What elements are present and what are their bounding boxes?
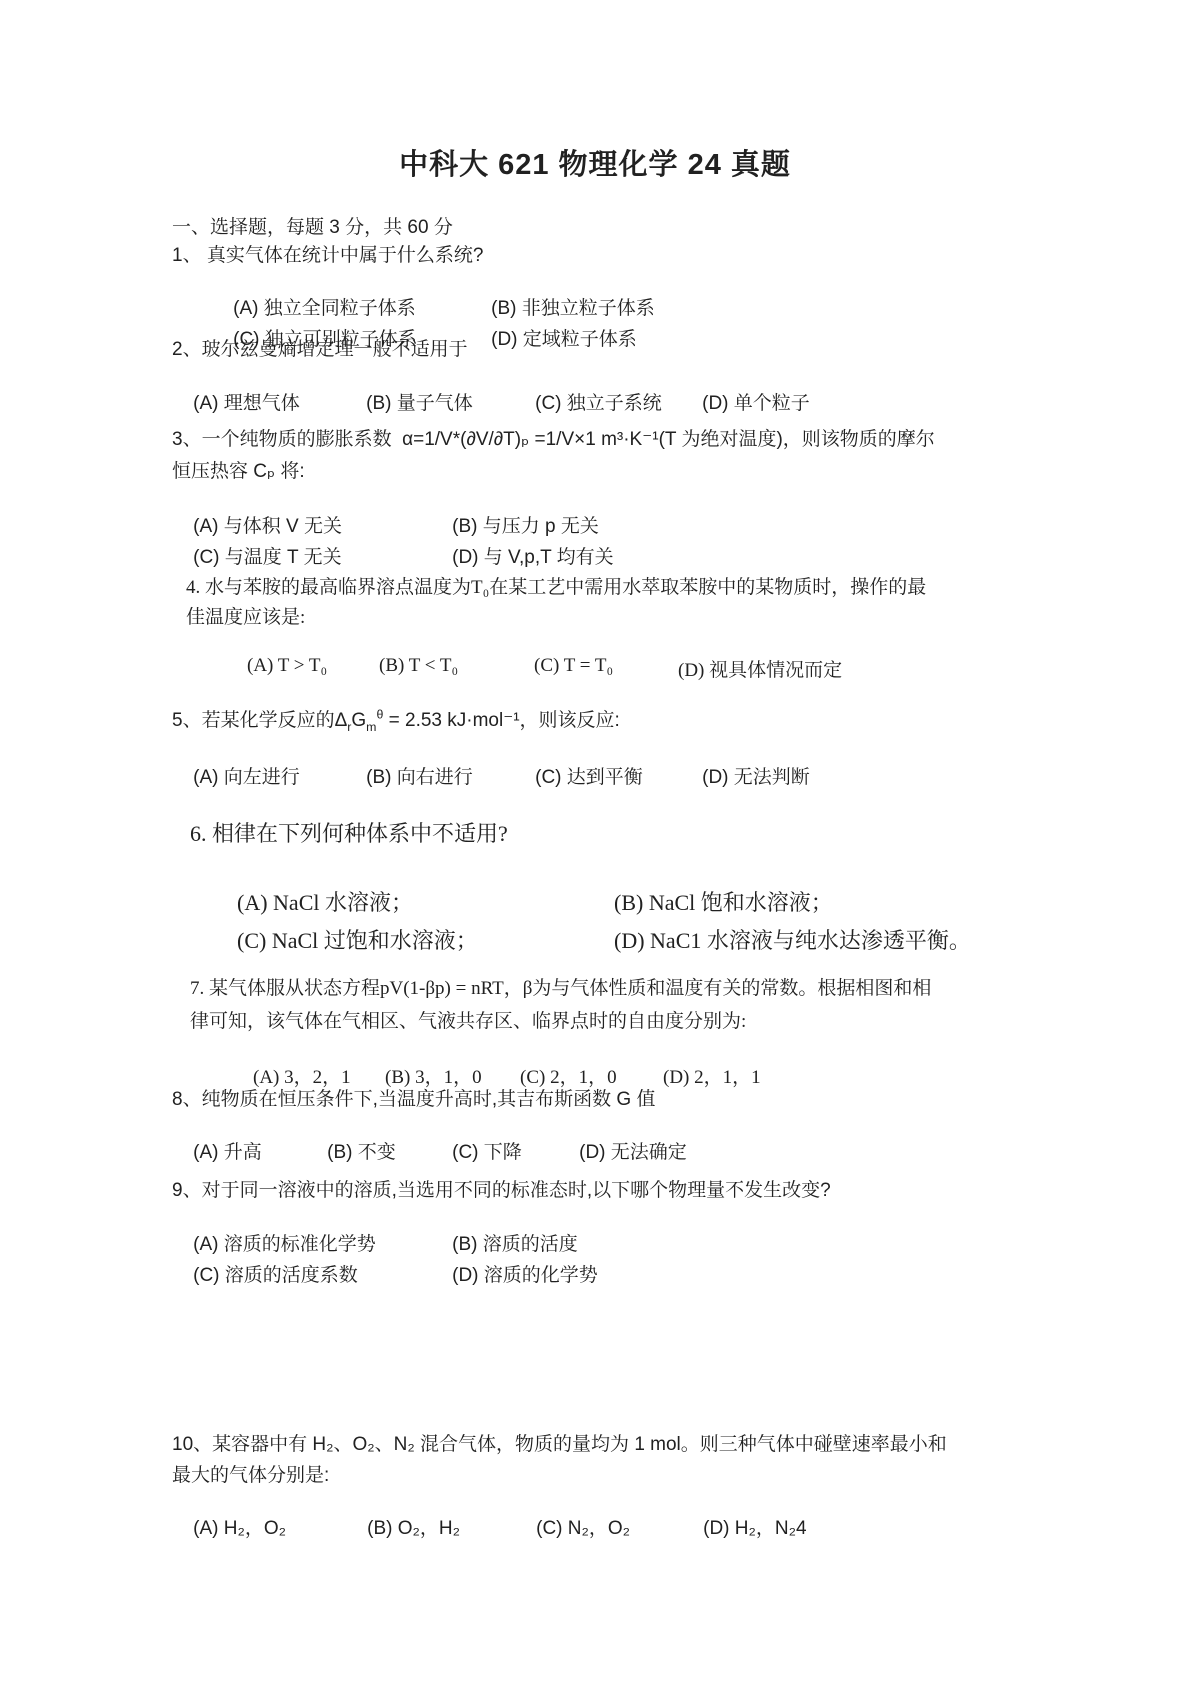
- question-2-text: 2、玻尔兹曼熵增定理一般不适用于: [172, 334, 468, 361]
- question-4-options-row: (A) T > T₀(B) T < T₀(C) T = T₀(D) 视具体情况而…: [228, 633, 842, 704]
- question-5-option-a: (A) 向左进行: [193, 762, 366, 789]
- question-3-text-line-1: 3、一个纯物质的膨胀系数 α=1/V*(∂V/∂T)ₚ =1/V×1 m³·K⁻…: [172, 424, 935, 451]
- question-7-option-d: (D) 2，1，1: [663, 1062, 761, 1089]
- question-9-text: 9、对于同一溶液中的溶质,当选用不同的标准态时,以下哪个物理量不发生改变?: [172, 1175, 831, 1202]
- question-8-option-d: (D) 无法确定: [579, 1137, 687, 1164]
- question-5-option-b: (B) 向右进行: [366, 762, 535, 789]
- question-1-option-d: (D) 定域粒子体系: [491, 324, 637, 351]
- question-1-text: 1、 真实气体在统计中属于什么系统?: [172, 240, 483, 267]
- question-10-options-row: (A) H₂，O₂(B) O₂，H₂(C) N₂，O₂(D) H₂，N₂4: [172, 1491, 807, 1562]
- question-4-option-a: (A) T > T₀: [247, 655, 379, 677]
- exam-page: 中科大 621 物理化学 24 真题 一、选择题，每题 3 分，共 60 分 1…: [0, 0, 1190, 1683]
- exam-title: 中科大 621 物理化学 24 真题: [0, 142, 1190, 183]
- question-10-option-c: (C) N₂，O₂: [536, 1513, 703, 1540]
- question-4-text-line-1: 4. 水与苯胺的最高临界溶点温度为T₀在某工艺中需用水萃取苯胺中的某物质时，操作…: [186, 572, 926, 599]
- question-3-text-line-2: 恒压热容 Cₚ 将:: [172, 456, 305, 483]
- question-2-option-d: (D) 单个粒子: [702, 388, 810, 415]
- question-5-option-d: (D) 无法判断: [702, 762, 810, 789]
- question-2-option-b: (B) 量子气体: [366, 388, 535, 415]
- question-6-options-row-2: (C) NaCl 过饱和水溶液；(D) NaC1 水溶液与纯水达渗透平衡。: [215, 898, 971, 981]
- question-5-text-pre: 5、若某化学反应的Δ: [172, 710, 347, 731]
- question-5-text-post: = 2.53 kJ·mol⁻¹，则该反应:: [383, 710, 620, 731]
- question-10-option-d: (D) H₂，N₂4: [703, 1513, 806, 1540]
- question-4-option-b: (B) T < T₀: [379, 655, 534, 677]
- question-8-option-c: (C) 下降: [452, 1137, 579, 1164]
- question-8-option-b: (B) 不变: [327, 1137, 452, 1164]
- question-10-option-a: (A) H₂，O₂: [193, 1513, 367, 1540]
- question-6-option-d: (D) NaC1 水溶液与纯水达渗透平衡。: [614, 924, 971, 955]
- question-4-text-line-2: 佳温度应该是:: [186, 602, 305, 629]
- question-5-option-c: (C) 达到平衡: [535, 762, 702, 789]
- question-6-text: 6. 相律在下列何种体系中不适用?: [190, 817, 508, 848]
- question-6-option-c: (C) NaCl 过饱和水溶液；: [237, 924, 614, 955]
- question-7-text-line-2: 律可知，该气体在气相区、气液共存区、临界点时的自由度分别为:: [190, 1006, 746, 1033]
- question-10-option-b: (B) O₂，H₂: [367, 1513, 536, 1540]
- question-3-option-d: (D) 与 V,p,T 均有关: [452, 542, 614, 569]
- question-3-option-c: (C) 与温度 T 无关: [193, 542, 452, 569]
- question-5-text: 5、若某化学反应的ΔrGmθ = 2.53 kJ·mol⁻¹，则该反应:: [172, 705, 620, 734]
- section-header: 一、选择题，每题 3 分，共 60 分: [172, 212, 453, 239]
- question-8-option-a: (A) 升高: [193, 1137, 327, 1164]
- question-5-options-row: (A) 向左进行(B) 向右进行(C) 达到平衡(D) 无法判断: [172, 740, 810, 811]
- question-4-option-c: (C) T = T₀: [534, 655, 678, 677]
- question-10-text-line-2: 最大的气体分别是:: [172, 1460, 329, 1487]
- question-2-option-a: (A) 理想气体: [193, 388, 366, 415]
- question-10-text-line-1: 10、某容器中有 H₂、O₂、N₂ 混合气体，物质的量均为 1 mol。则三种气…: [172, 1429, 947, 1456]
- question-5-text-g: G: [351, 710, 366, 731]
- question-5-subscript-m: m: [366, 720, 376, 734]
- question-9-options-row-2: (C) 溶质的活度系数(D) 溶质的化学势: [172, 1238, 598, 1309]
- question-9-option-c: (C) 溶质的活度系数: [193, 1260, 452, 1287]
- question-7-text-line-1: 7. 某气体服从状态方程pV(1-βp) = nRT，β为与气体性质和温度有关的…: [190, 973, 931, 1000]
- question-4-option-d: (D) 视具体情况而定: [678, 655, 842, 682]
- question-2-option-c: (C) 独立子系统: [535, 388, 702, 415]
- question-9-option-d: (D) 溶质的化学势: [452, 1260, 598, 1287]
- question-8-text: 8、纯物质在恒压条件下,当温度升高时,其吉布斯函数 G 值: [172, 1084, 655, 1111]
